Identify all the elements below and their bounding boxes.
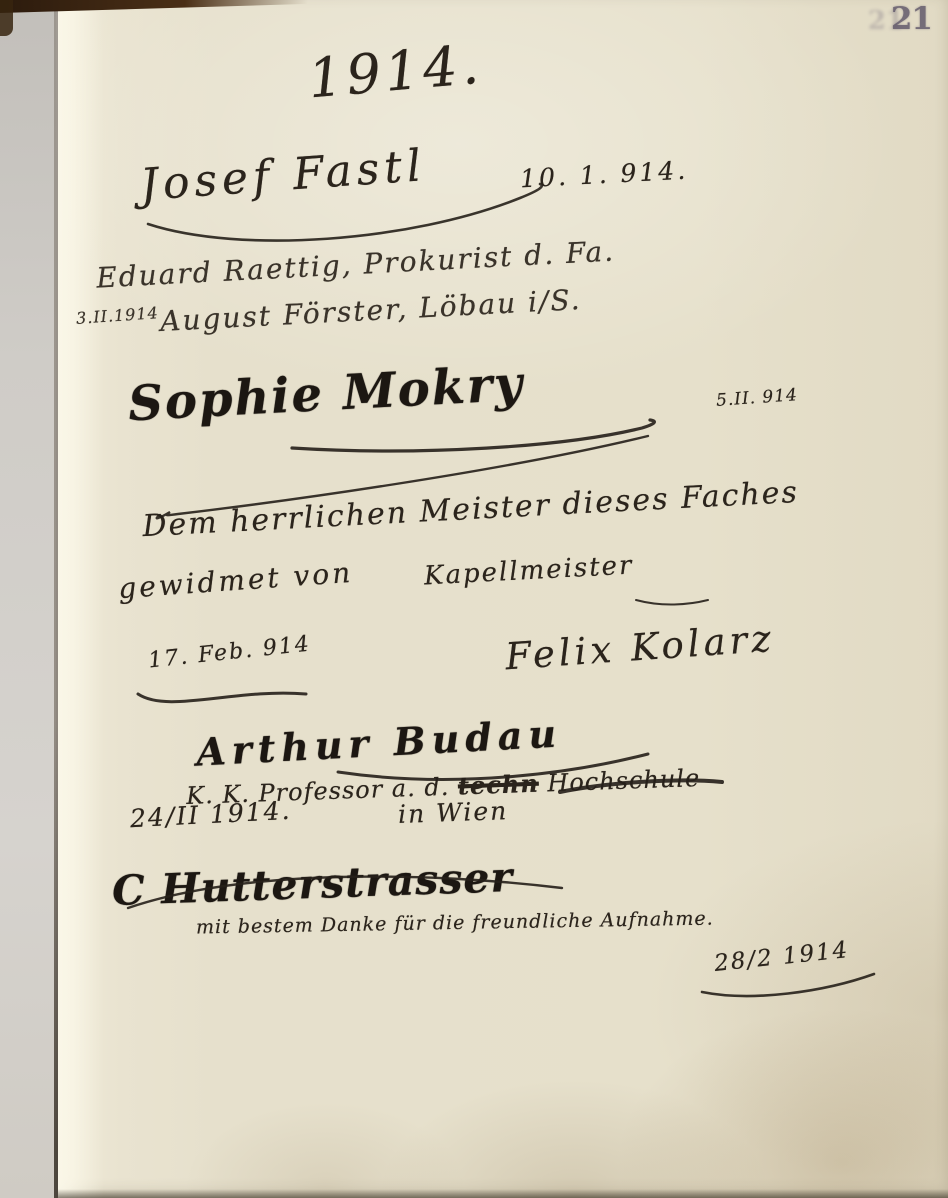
guestbook-photo: 21 21 1914. Josef Fastl 10. 1. 914. Edua… xyxy=(0,0,948,1198)
page-bottom-shadow xyxy=(58,1189,948,1198)
place-arthur-budau: in Wien xyxy=(398,796,509,829)
book-cover-corner xyxy=(0,0,13,36)
previous-page-edge xyxy=(0,0,56,1198)
page-number-stamp: 21 xyxy=(891,1,932,37)
title-suffix: Hochschule xyxy=(547,764,701,797)
page-edge-highlight xyxy=(58,0,104,1198)
